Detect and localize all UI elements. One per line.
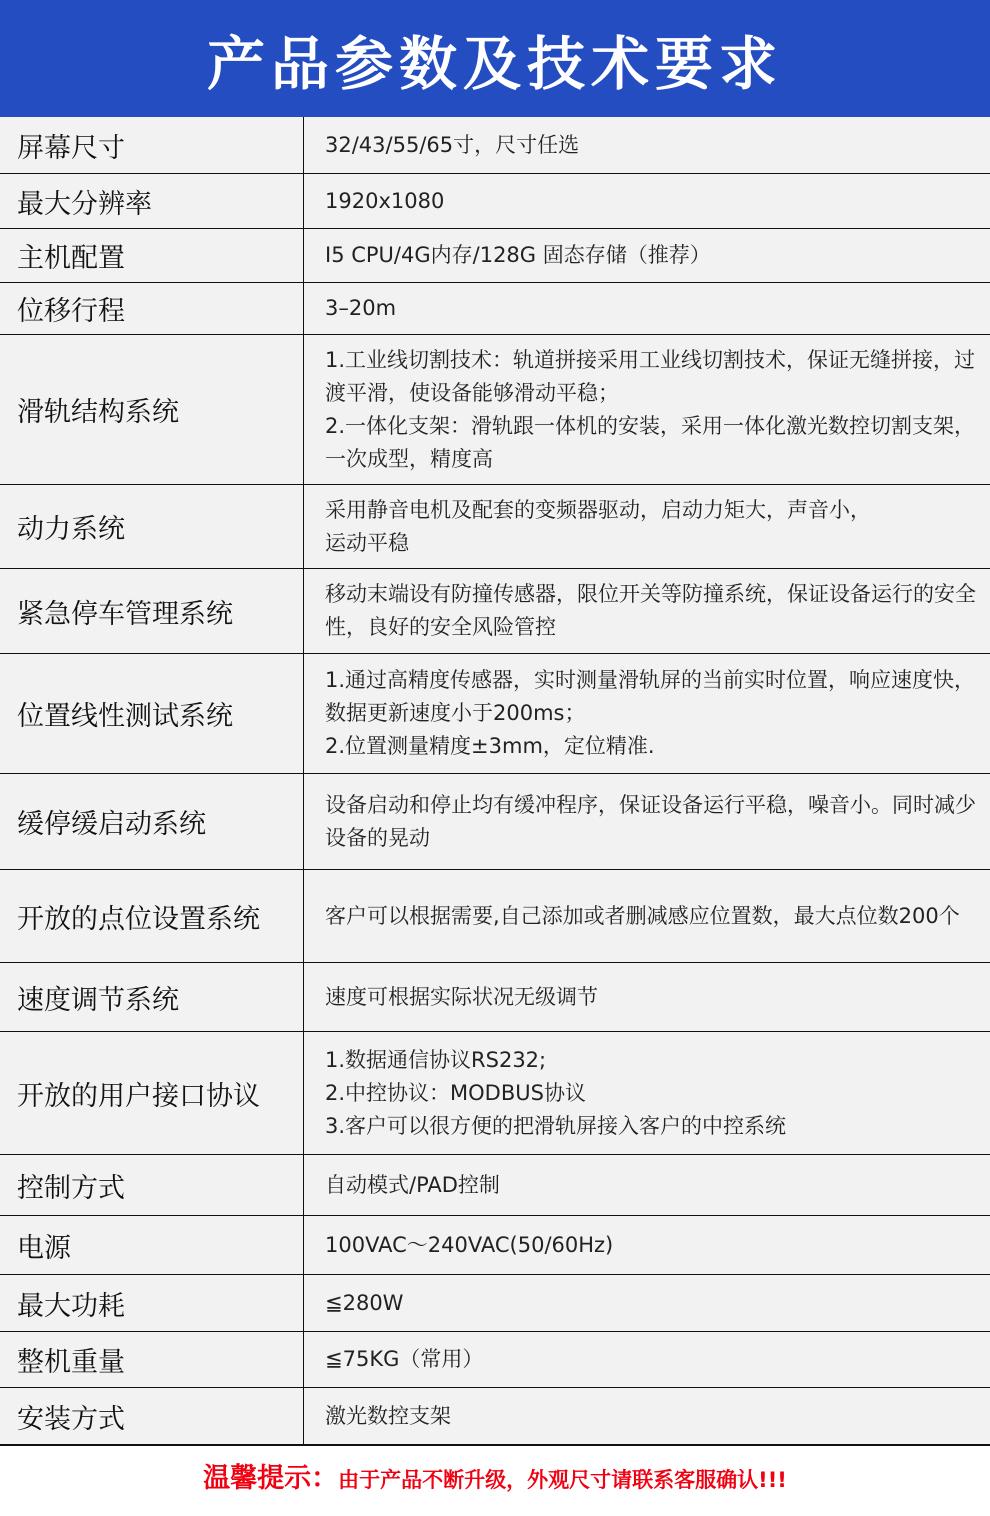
- table-row: 安装方式激光数控支架: [0, 1387, 990, 1444]
- spec-label: 屏幕尺寸: [0, 117, 304, 173]
- spec-label: 缓停缓启动系统: [0, 774, 304, 869]
- spec-label: 最大分辨率: [0, 174, 304, 228]
- page-title: 产品参数及技术要求: [207, 17, 783, 101]
- spec-label: 开放的用户接口协议: [0, 1032, 304, 1154]
- table-row: 开放的用户接口协议1.数据通信协议RS232; 2.中控协议：MODBUS协议 …: [0, 1031, 990, 1154]
- spec-value: 设备启动和停止均有缓冲程序，保证设备运行平稳，噪音小。同时减少设备的晃动: [304, 774, 990, 869]
- spec-value: 激光数控支架: [304, 1388, 990, 1444]
- spec-label: 滑轨结构系统: [0, 335, 304, 484]
- table-row: 开放的点位设置系统客户可以根据需要,自己添加或者删减感应位置数，最大点位数200…: [0, 869, 990, 962]
- table-row: 动力系统采用静音电机及配套的变频器驱动，启动力矩大，声音小， 运动平稳: [0, 484, 990, 568]
- spec-label: 速度调节系统: [0, 963, 304, 1031]
- spec-label: 控制方式: [0, 1155, 304, 1215]
- spec-value: 3–20m: [304, 283, 990, 334]
- table-row: 位移行程3–20m: [0, 282, 990, 334]
- spec-label: 整机重量: [0, 1332, 304, 1387]
- spec-value: I5 CPU/4G内存/128G 固态存储（推荐）: [304, 229, 990, 282]
- table-row: 紧急停车管理系统移动末端设有防撞传感器，限位开关等防撞系统，保证设备运行的安全性…: [0, 568, 990, 653]
- table-row: 电源100VAC～240VAC(50/60Hz): [0, 1215, 990, 1274]
- spec-value: 1.通过高精度传感器，实时测量滑轨屏的当前实时位置，响应速度快，数据更新速度小于…: [304, 654, 990, 773]
- notice-text: 由于产品不断升级，外观尺寸请联系客服确认!!!: [338, 1468, 787, 1492]
- spec-value: 客户可以根据需要,自己添加或者删减感应位置数，最大点位数200个: [304, 870, 990, 962]
- spec-label: 安装方式: [0, 1388, 304, 1444]
- spec-value: 采用静音电机及配套的变频器驱动，启动力矩大，声音小， 运动平稳: [304, 485, 990, 568]
- table-row: 整机重量≦75KG（常用）: [0, 1331, 990, 1387]
- table-row: 主机配置I5 CPU/4G内存/128G 固态存储（推荐）: [0, 228, 990, 282]
- table-row: 缓停缓启动系统设备启动和停止均有缓冲程序，保证设备运行平稳，噪音小。同时减少设备…: [0, 773, 990, 869]
- spec-label: 主机配置: [0, 229, 304, 282]
- spec-value: 1.数据通信协议RS232; 2.中控协议：MODBUS协议 3.客户可以很方便…: [304, 1032, 990, 1154]
- spec-label: 最大功耗: [0, 1275, 304, 1331]
- spec-value: ≦280W: [304, 1275, 990, 1331]
- spec-value: 1.工业线切割技术：轨道拼接采用工业线切割技术，保证无缝拼接，过渡平滑，使设备能…: [304, 335, 990, 484]
- notice: 温馨提示：由于产品不断升级，外观尺寸请联系客服确认!!!: [0, 1456, 990, 1495]
- spec-value: 1920x1080: [304, 174, 990, 228]
- spec-label: 动力系统: [0, 485, 304, 568]
- notice-title: 温馨提示：: [203, 1463, 338, 1494]
- page-header: 产品参数及技术要求: [0, 0, 990, 117]
- spec-value: 自动模式/PAD控制: [304, 1155, 990, 1215]
- table-row: 速度调节系统速度可根据实际状况无级调节: [0, 962, 990, 1031]
- table-row: 最大功耗≦280W: [0, 1274, 990, 1331]
- spec-value: 100VAC～240VAC(50/60Hz): [304, 1216, 990, 1274]
- spec-label: 电源: [0, 1216, 304, 1274]
- spec-label: 紧急停车管理系统: [0, 569, 304, 653]
- table-row: 屏幕尺寸32/43/55/65寸，尺寸任选: [0, 117, 990, 173]
- table-row: 滑轨结构系统1.工业线切割技术：轨道拼接采用工业线切割技术，保证无缝拼接，过渡平…: [0, 334, 990, 484]
- table-row: 控制方式自动模式/PAD控制: [0, 1154, 990, 1215]
- spec-value: 移动末端设有防撞传感器，限位开关等防撞系统，保证设备运行的安全性，良好的安全风险…: [304, 569, 990, 653]
- table-row: 位置线性测试系统1.通过高精度传感器，实时测量滑轨屏的当前实时位置，响应速度快，…: [0, 653, 990, 773]
- spec-value: 32/43/55/65寸，尺寸任选: [304, 117, 990, 173]
- spec-value: 速度可根据实际状况无级调节: [304, 963, 990, 1031]
- spec-table: 屏幕尺寸32/43/55/65寸，尺寸任选最大分辨率1920x1080主机配置I…: [0, 117, 990, 1446]
- spec-label: 位移行程: [0, 283, 304, 334]
- spec-value: ≦75KG（常用）: [304, 1332, 990, 1387]
- table-row: 最大分辨率1920x1080: [0, 173, 990, 228]
- spec-label: 位置线性测试系统: [0, 654, 304, 773]
- spec-label: 开放的点位设置系统: [0, 870, 304, 962]
